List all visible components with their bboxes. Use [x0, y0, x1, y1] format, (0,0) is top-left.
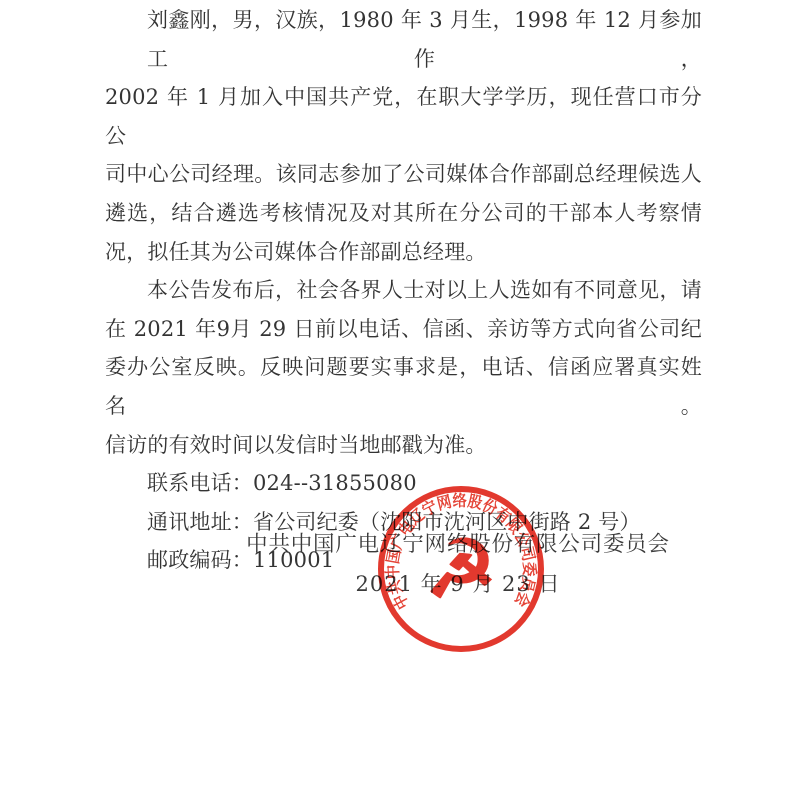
body-line: 在 2021 年9月 29 日前以电话、信函、亲访等方式向省公司纪	[105, 310, 702, 349]
document-page: 刘鑫刚，男，汉族，1980 年 3 月生，1998 年 12 月参加工作， 20…	[0, 0, 793, 804]
body-line: 刘鑫刚，男，汉族，1980 年 3 月生，1998 年 12 月参加工作，	[105, 1, 702, 78]
body-line: 本公告发布后，社会各界人士对以上人选如有不同意见，请	[105, 271, 702, 310]
body-line: 2002 年 1 月加入中国共产党，在职大学学历，现任营口市分公	[105, 78, 702, 155]
body-line: 况，拟任其为公司媒体合作部副总经理。	[105, 233, 702, 272]
hammer-sickle-icon: ☭	[425, 523, 497, 616]
body-line: 信访的有效时间以发信时当地邮戳为准。	[105, 426, 702, 465]
official-seal: 中共中国广电辽宁网络股份有限公司委员会 ☭	[375, 483, 547, 655]
body-line: 司中心公司经理。该同志参加了公司媒体合作部副总经理候选人	[105, 155, 702, 194]
body-line: 遴选，结合遴选考核情况及对其所在分公司的干部本人考察情	[105, 194, 702, 233]
body-line: 委办公室反映。反映问题要实事求是，电话、信函应署真实姓名。	[105, 348, 702, 425]
